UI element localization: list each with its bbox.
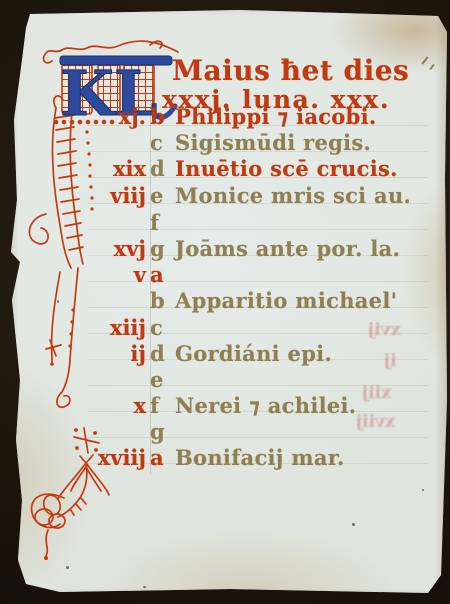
speck [143,586,146,588]
golden-number: ij [86,341,146,366]
speck [57,300,59,303]
dominical-letter: b [150,288,175,313]
speck [352,523,355,526]
golden-number: xiij [86,315,146,340]
dominical-letter: g [150,236,175,261]
calendar-row: xviijaBonifacij mar. [86,445,434,471]
feast-entry: Inuētio scē crucis. [175,156,398,181]
calendar-row: xiijc [86,315,434,341]
feast-entry: Nerei ⁊ achilei. [175,393,356,418]
month-heading: Maius ħet dies [172,54,409,87]
calendar-row: ijdGordiáni epi. [86,341,434,367]
golden-number: xj. [86,104,146,129]
golden-number: viij [86,183,146,208]
calendar-row: va [86,262,434,288]
calendar-row: cSigismūdi regis. [86,130,434,156]
golden-number: xvj [86,236,146,261]
calendar-row: f [86,210,434,236]
feast-entry: Joāms ante por. la. [175,236,400,261]
dominical-letter: g [150,419,175,444]
calendar-row: e [86,367,434,393]
calendar-row: xixdInuētio scē crucis. [86,156,434,182]
feast-entry: Apparitio michael' [175,288,397,313]
golden-number: v [86,262,146,287]
photo-background: { "palette": { "background": "#241b10", … [0,0,450,604]
dominical-letter: a [150,445,175,470]
manuscript-leaf: xvij ij xiij xviij [0,0,450,604]
dominical-letter: c [150,130,175,155]
dominical-letter: e [150,367,175,392]
golden-number: xviij [86,445,146,470]
dominical-letter: f [150,210,175,235]
feast-entry: Sigismūdi regis. [175,130,371,155]
feast-entry: Philippi ⁊ iacobi. [175,104,377,129]
calendar-row: xfNerei ⁊ achilei. [86,393,434,419]
calendar-row: xj.bPhilippi ⁊ iacobi. [86,104,434,130]
feast-entry: Monice mris sci au. [175,183,411,208]
dominical-letter: c [150,315,175,340]
dominical-letter: d [150,341,175,366]
feast-entry: Gordiáni epi. [175,341,332,366]
feast-entry: Bonifacij mar. [175,445,345,470]
speck [66,566,69,569]
dominical-letter: e [150,183,175,208]
dominical-letter: b [150,104,175,129]
calendar-row: g [86,419,434,445]
dominical-letter: f [150,393,175,418]
calendar-row: bApparitio michael' [86,288,434,314]
dominical-letter: a [150,262,175,287]
dominical-letter: d [150,156,175,181]
speck [422,489,424,491]
golden-number: xix [86,156,146,181]
calendar-row: viijeMonice mris sci au. [86,183,434,209]
golden-number: x [86,393,146,418]
calendar-row: xvjgJoāms ante por. la. [86,236,434,262]
